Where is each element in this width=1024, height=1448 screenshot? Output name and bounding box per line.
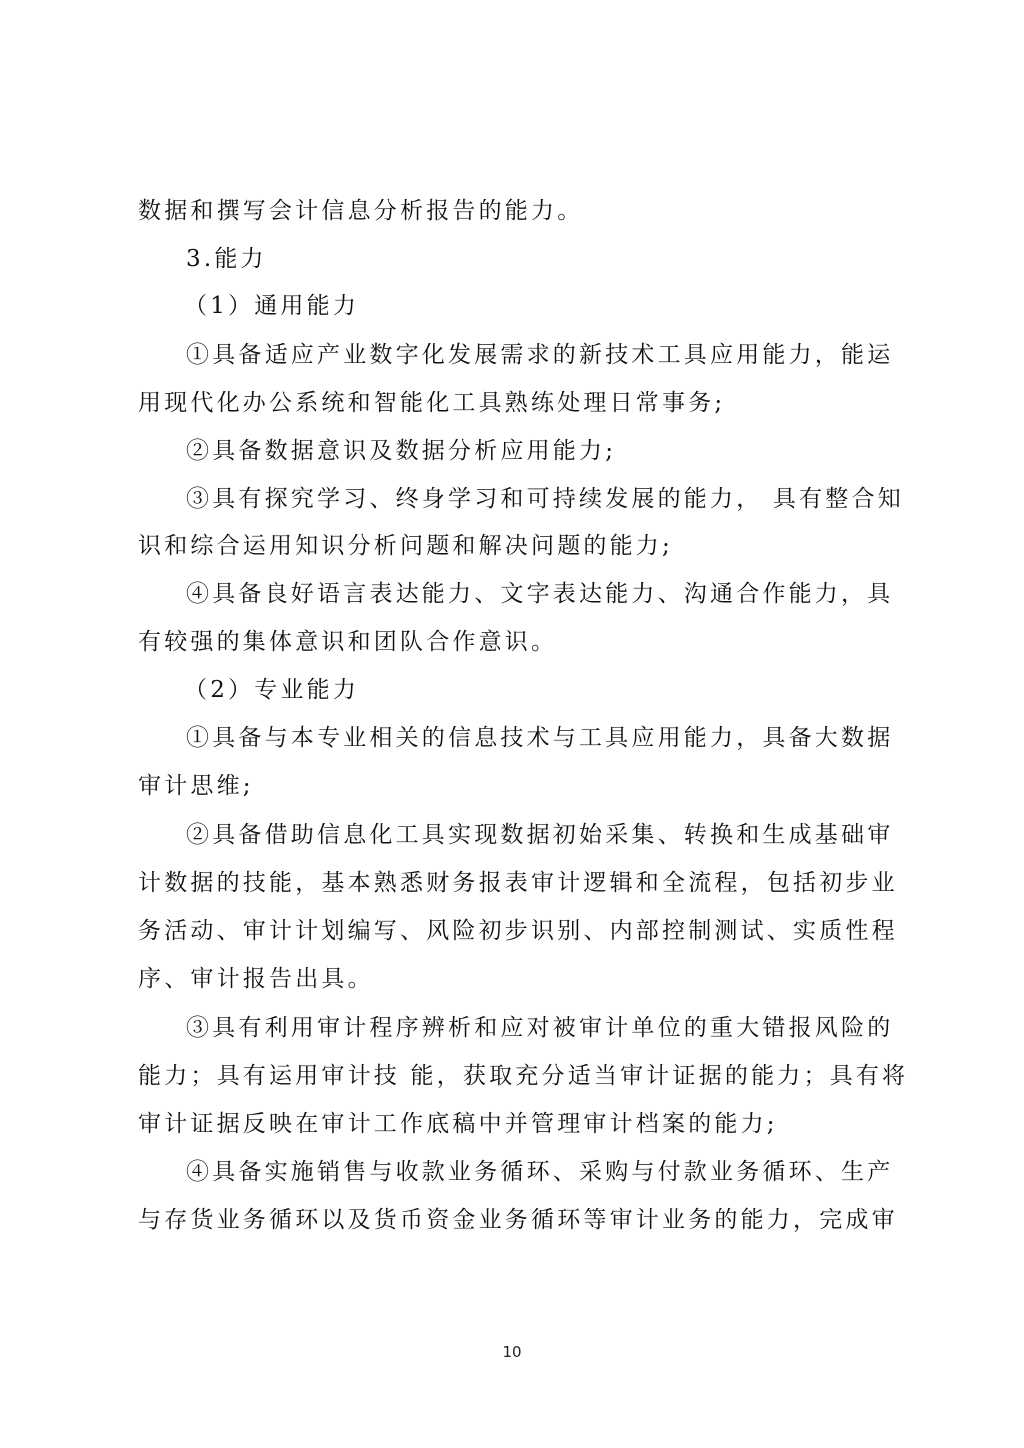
paragraph-line: 计数据的技能，基本熟悉财务报表审计逻辑和全流程，包括初步业	[138, 868, 898, 898]
subsection-heading: （2）专业能力	[184, 675, 359, 705]
page-number: 10	[0, 1343, 1024, 1361]
paragraph-line: 识和综合运用知识分析问题和解决问题的能力;	[138, 531, 673, 561]
paragraph-line: 务活动、审计计划编写、风险初步识别、内部控制测试、实质性程	[138, 916, 898, 946]
paragraph-line: 审计证据反映在审计工作底稿中并管理审计档案的能力;	[138, 1109, 778, 1139]
section-heading: 3.能力	[186, 244, 267, 274]
paragraph-line: ②具备借助信息化工具实现数据初始采集、转换和生成基础审	[186, 820, 893, 850]
paragraph-line: ④具备良好语言表达能力、文字表达能力、沟通合作能力，具	[186, 579, 893, 609]
paragraph-line: 序、审计报告出具。	[138, 964, 374, 994]
subsection-heading: （1）通用能力	[184, 291, 359, 321]
paragraph-line: 用现代化办公系统和智能化工具熟练处理日常事务;	[138, 388, 725, 418]
paragraph-line: 有较强的集体意识和团队合作意识。	[138, 627, 557, 657]
paragraph-line: 审计思维;	[138, 771, 254, 801]
paragraph-line: 能力；具有运用审计技 能，获取充分适当审计证据的能力；具有将	[138, 1061, 908, 1091]
paragraph-line: ③具有利用审计程序辨析和应对被审计单位的重大错报风险的	[186, 1013, 893, 1043]
paragraph-line: ①具备适应产业数字化发展需求的新技术工具应用能力，能运	[186, 340, 893, 370]
document-page: 数据和撰写会计信息分析报告的能力。 3.能力 （1）通用能力 ①具备适应产业数字…	[0, 0, 1024, 1448]
paragraph-line: 数据和撰写会计信息分析报告的能力。	[138, 196, 583, 226]
paragraph-line: ③具有探究学习、终身学习和可持续发展的能力， 具有整合知	[186, 484, 904, 514]
paragraph-line: ①具备与本专业相关的信息技术与工具应用能力，具备大数据	[186, 723, 893, 753]
paragraph-line: 与存货业务循环以及货币资金业务循环等审计业务的能力，完成审	[138, 1205, 898, 1235]
paragraph-line: ②具备数据意识及数据分析应用能力;	[186, 436, 616, 466]
paragraph-line: ④具备实施销售与收款业务循环、采购与付款业务循环、生产	[186, 1157, 893, 1187]
